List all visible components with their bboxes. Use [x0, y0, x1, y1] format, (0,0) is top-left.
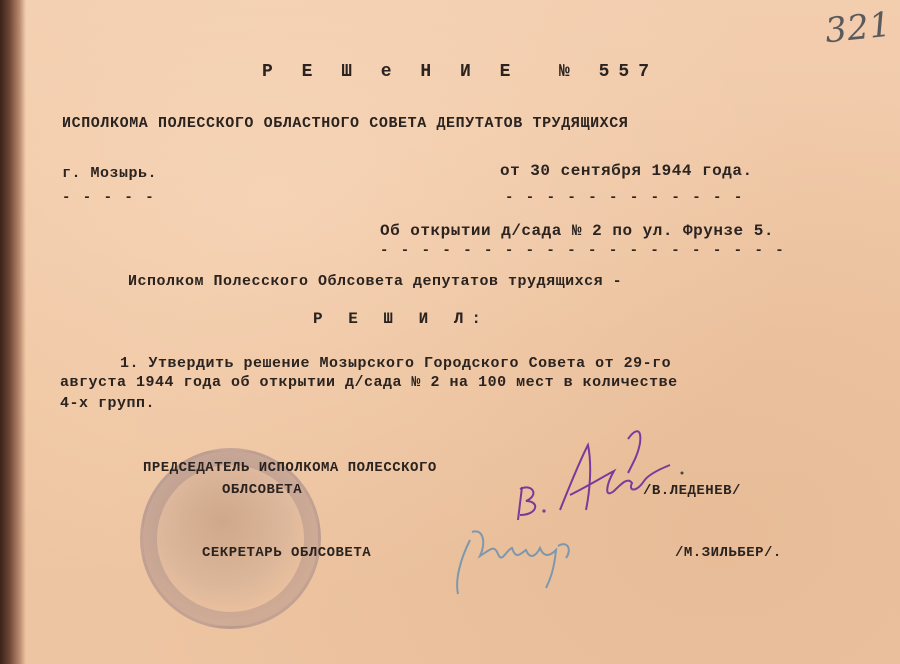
archive-page-number: 321	[823, 5, 893, 52]
secretary-title: СЕКРЕТАРЬ ОБЛСОВЕТА	[202, 545, 371, 561]
resolution-item-line: 1. Утвердить решение Мозырского Городско…	[120, 355, 671, 372]
preamble: Исполком Полесского Облсовета депутатов …	[128, 273, 622, 290]
chairman-title-cont: ОБЛСОВЕТА	[222, 482, 302, 498]
issuer-line: ИСПОЛКОМА ПОЛЕССКОГО ОБЛАСТНОГО СОВЕТА Д…	[62, 115, 629, 132]
resolution-item-line: августа 1944 года об открытии д/сада № 2…	[60, 374, 678, 391]
chairman-title: ПРЕДСЕДАТЕЛЬ ИСПОЛКОМА ПОЛЕССКОГО	[143, 460, 437, 476]
subject-line: Об открытии д/сада № 2 по ул. Фрунзе 5.	[380, 222, 774, 240]
secretary-name: /М.ЗИЛЬБЕР/.	[675, 545, 782, 561]
city-underline: - - - - -	[62, 190, 156, 206]
secretary-signature	[440, 510, 620, 600]
binding-edge	[0, 0, 26, 664]
city: г. Мозырь.	[62, 165, 157, 182]
resolution-item-line: 4-х групп.	[60, 395, 155, 412]
subject-underline: - - - - - - - - - - - - - - - - - - - -	[380, 243, 786, 259]
resolved-heading: Р Е Ш И Л:	[313, 310, 489, 328]
document-title: Р Е Ш е Н И Е № 557	[262, 62, 658, 82]
date-underline: - - - - - - - - - - - -	[505, 190, 744, 206]
document-date: от 30 сентября 1944 года.	[500, 162, 753, 180]
